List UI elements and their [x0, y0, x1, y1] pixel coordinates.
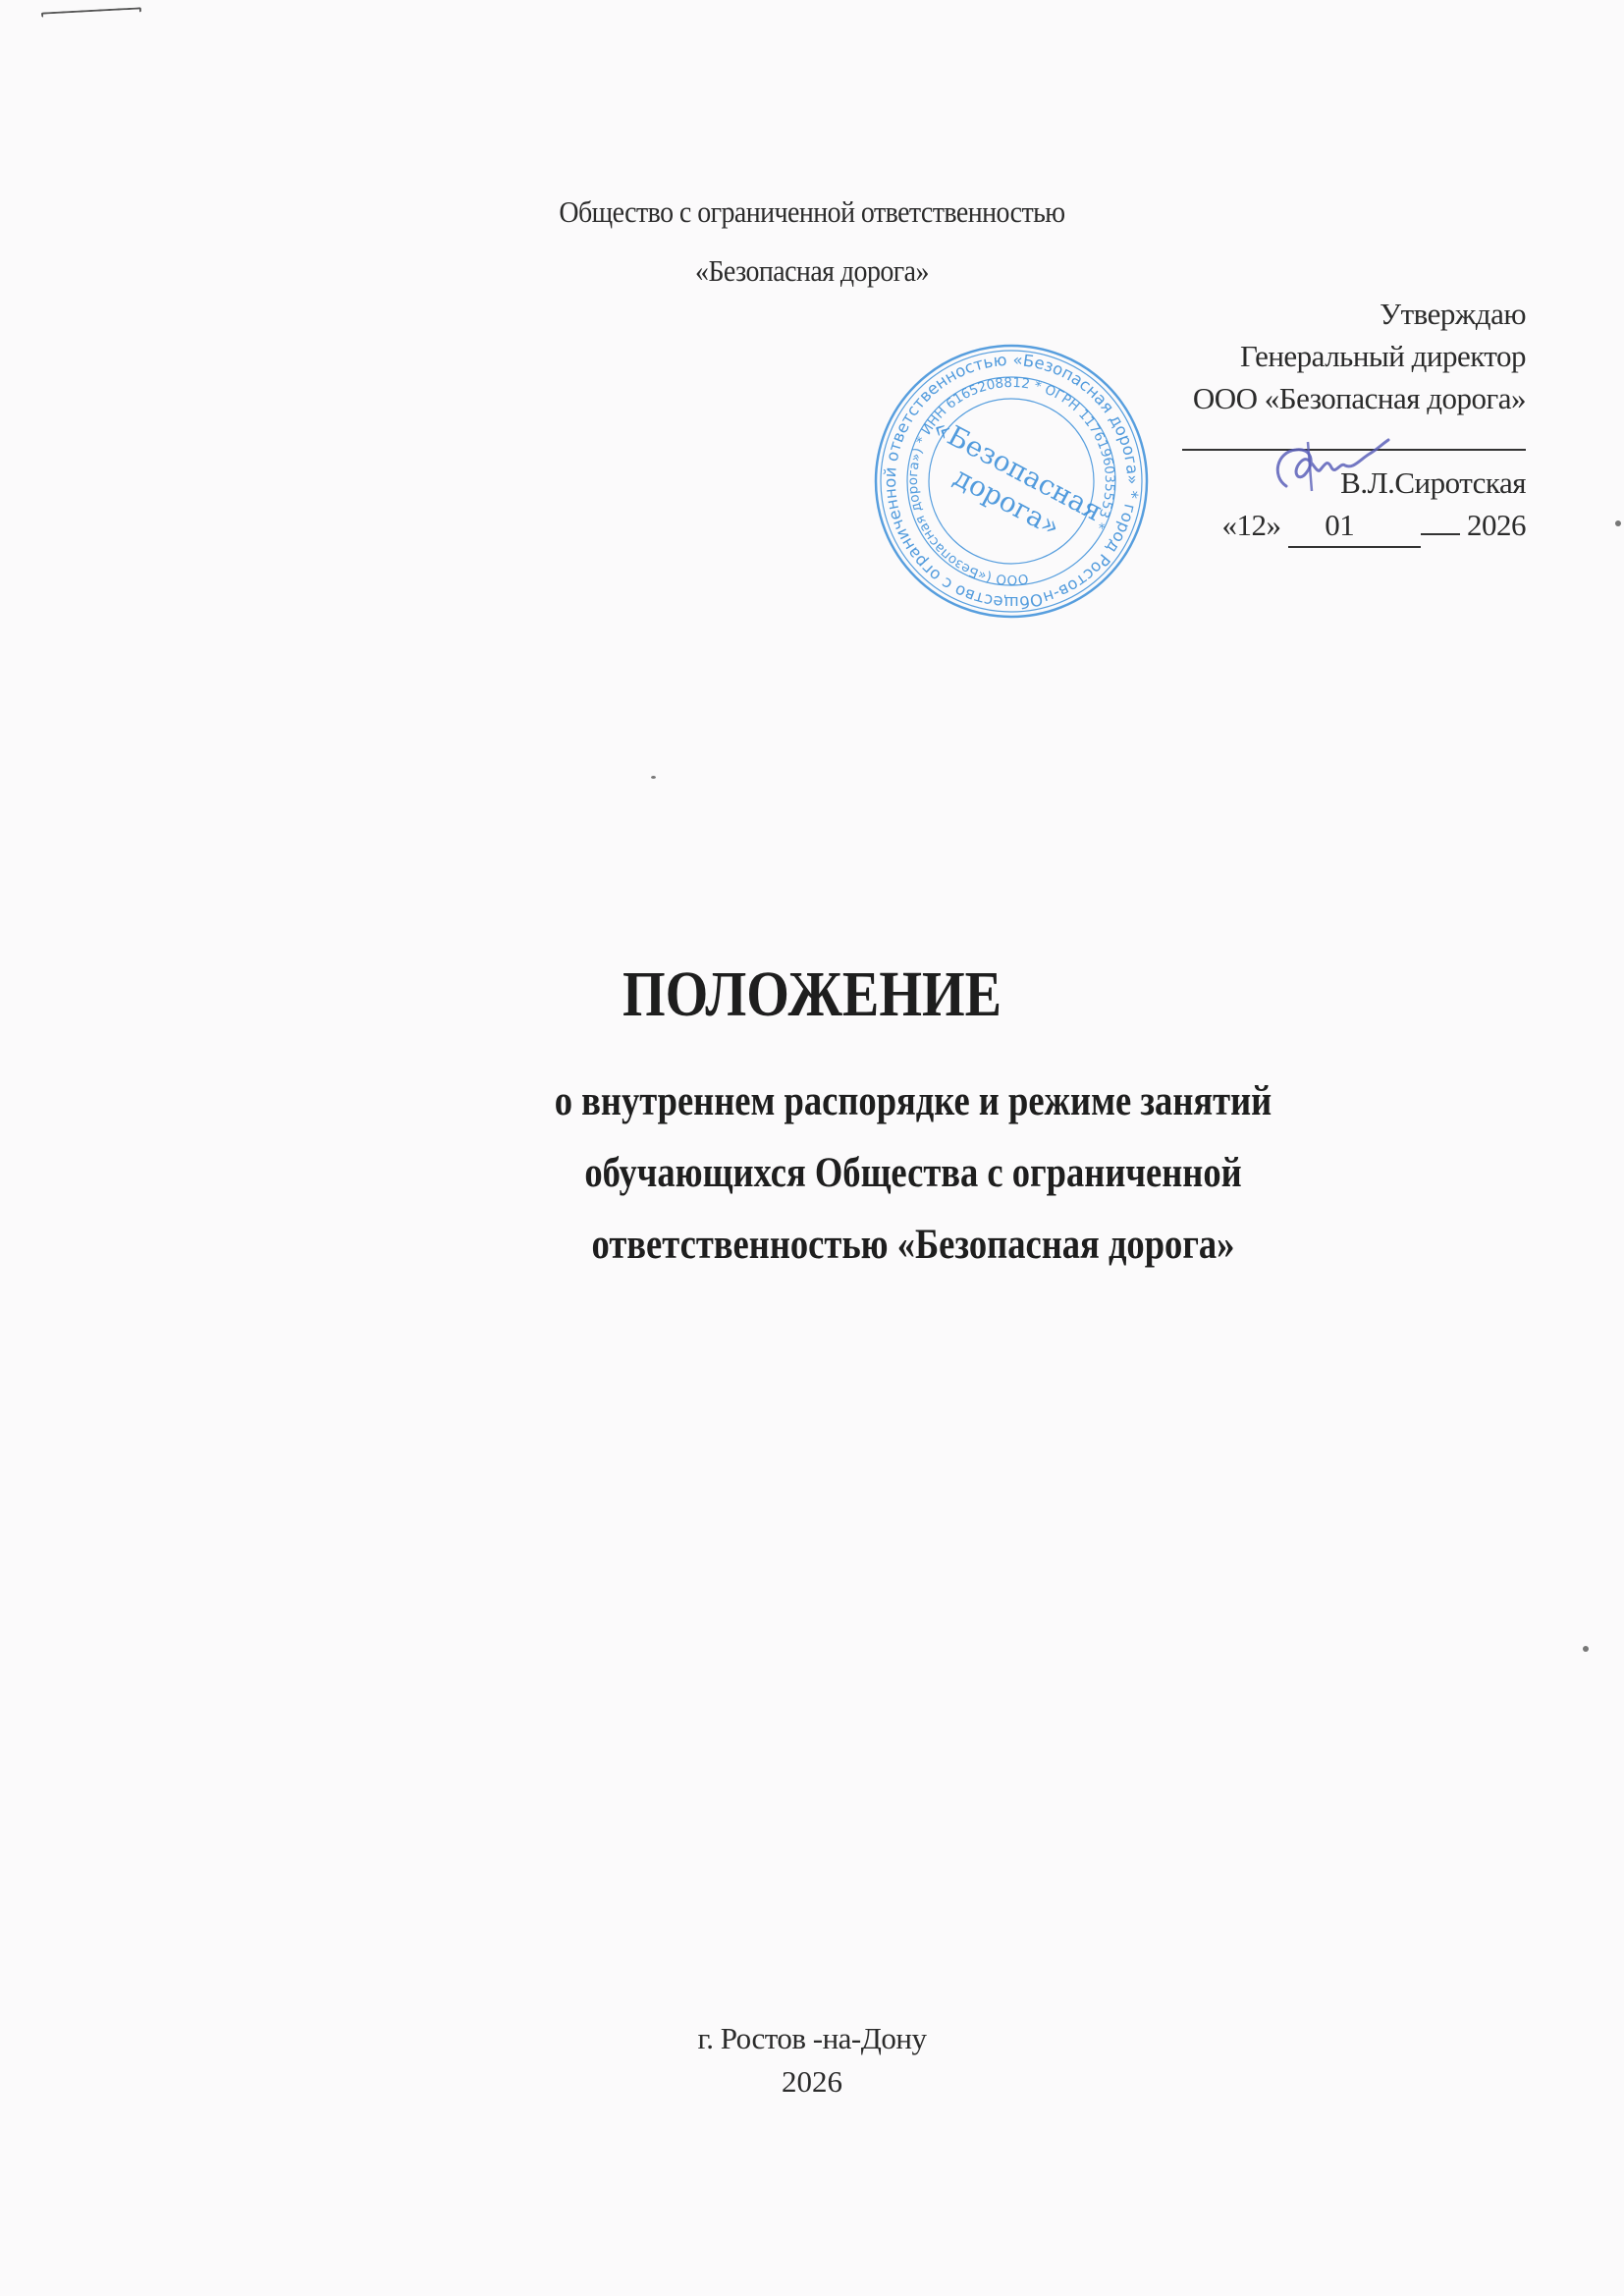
approve-label: Утверждаю: [976, 293, 1526, 335]
subtitle-line-3: ответственностью «Безопасная дорога»: [371, 1209, 1456, 1281]
footer-city: г. Ростов -на-Дону: [0, 2021, 1624, 2056]
organization-name-line2: «Безопасная дорога»: [81, 253, 1543, 289]
scan-speck: [1583, 1646, 1589, 1652]
scan-artifact-mark: [41, 7, 141, 17]
document-subtitle: о внутреннем распорядке и режиме занятий…: [371, 1066, 1456, 1281]
signature-icon: [1267, 432, 1394, 501]
footer-year: 2026: [0, 2064, 1624, 2100]
scan-speck: [1615, 520, 1621, 526]
date-year: 2026: [1467, 508, 1526, 542]
organization-name-line1: Общество с ограниченной ответственностью: [81, 194, 1543, 230]
date-day: «12»: [1222, 508, 1281, 542]
date-month: 01: [1288, 504, 1421, 548]
scan-speck: [651, 776, 656, 779]
subtitle-line-2: обучающихся Общества с ограниченной: [371, 1137, 1456, 1209]
subtitle-line-1: о внутреннем распорядке и режиме занятий: [371, 1066, 1456, 1137]
document-title: ПОЛОЖЕНИЕ: [122, 957, 1502, 1032]
company-stamp-icon: Общество с ограниченной ответственностью…: [872, 342, 1151, 621]
